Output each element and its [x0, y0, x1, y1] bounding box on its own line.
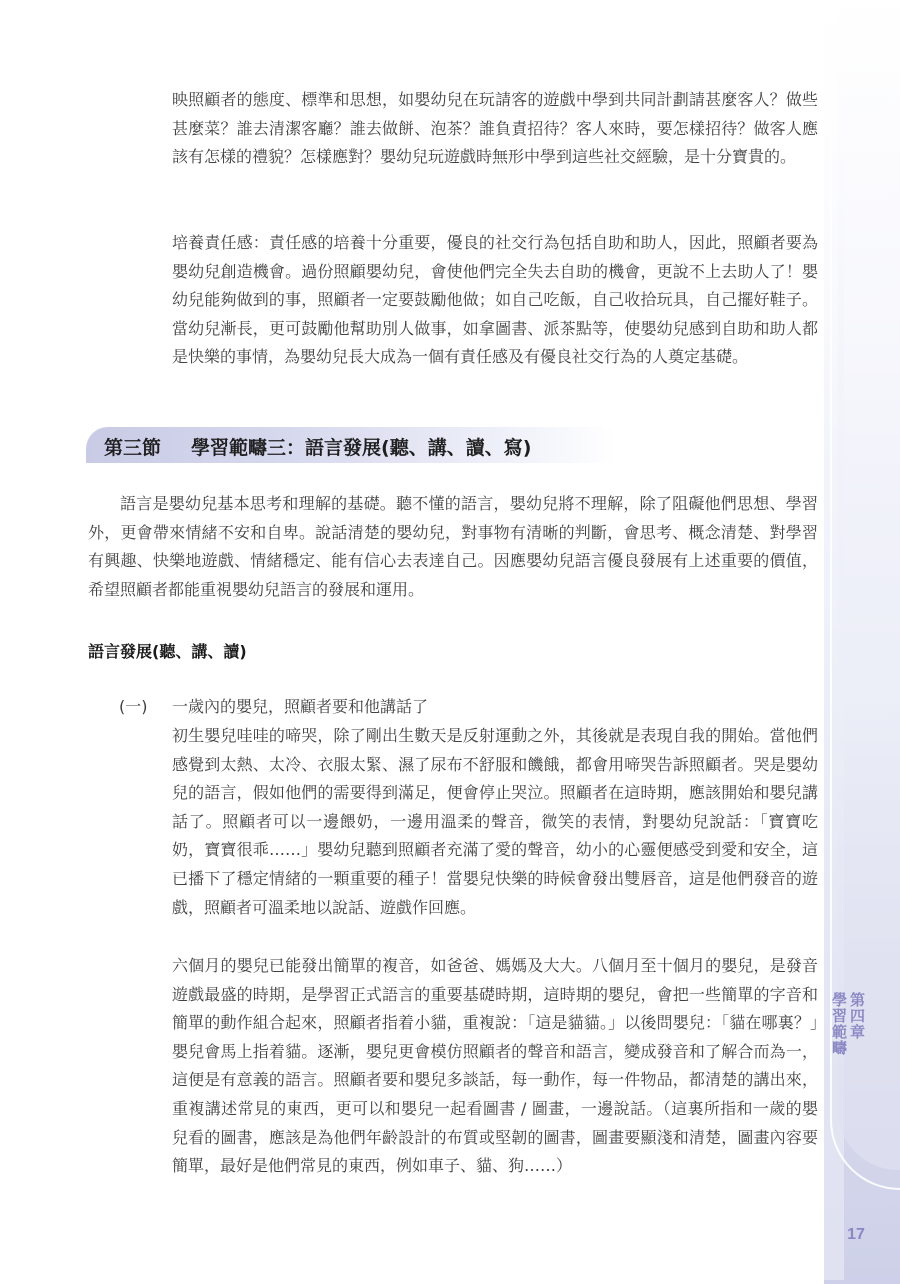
chapter-number: 第四章 [848, 992, 866, 1056]
chapter-label: 第四章 學習範疇 [846, 992, 866, 1056]
list-item-title: 一歲內的嬰兒，照顧者要和他講話了 [172, 694, 428, 717]
page-number: 17 [836, 1226, 876, 1244]
section-title-text: 學習範疇三：語言發展(聽、講、讀、寫) [191, 437, 531, 459]
list-item-paragraph-2: 六個月的嬰兒已能發出簡單的複音，如爸爸、媽媽及大大。八個月至十個月的嬰兒，是發音… [172, 952, 818, 1181]
section-title: 第三節學習範疇三：語言發展(聽、講、讀、寫) [104, 433, 531, 460]
section-number: 第三節 [104, 437, 161, 459]
intro-paragraph-2: 培養責任感：責任感的培養十分重要，優良的社交行為包括自助和助人，因此，照顧者要為… [172, 229, 818, 372]
section-intro-paragraph: 語言是嬰幼兒基本思考和理解的基礎。聽不懂的語言，嬰幼兒將不理解，除了阻礙他們思想… [88, 490, 818, 604]
list-item-paragraph-1: 初生嬰兒哇哇的啼哭，除了剛出生數天是反射運動之外，其後就是表現自我的開始。當他們… [172, 722, 818, 922]
intro-paragraph-1: 映照顧者的態度、標準和思想，如嬰幼兒在玩請客的遊戲中學到共同計劃請甚麼客人？做些… [172, 86, 818, 172]
subsection-heading: 語言發展(聽、講、讀) [88, 639, 247, 662]
chapter-title: 學習範疇 [830, 992, 848, 1056]
list-item-marker: (一) [119, 694, 148, 717]
